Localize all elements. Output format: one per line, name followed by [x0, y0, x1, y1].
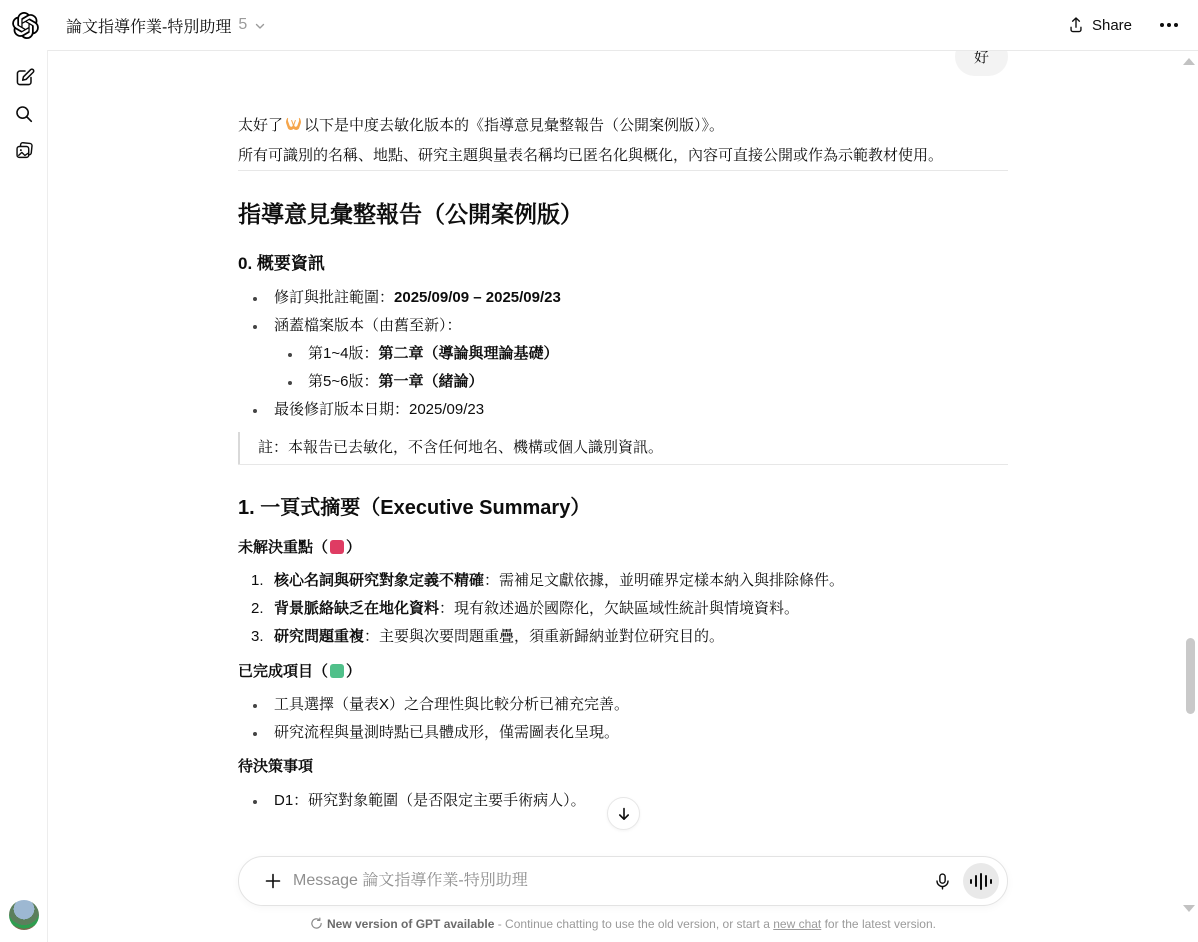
attach-button[interactable] — [257, 865, 289, 897]
search-chats-button[interactable] — [13, 103, 35, 125]
unresolved-list: 1.核心名詞與研究對象定義不精確：需補足文獻依據，並明確界定樣本納入與排除條件。… — [238, 567, 1008, 651]
conversation-version: 5 — [238, 16, 247, 34]
search-icon — [14, 104, 34, 124]
intro-line-2: 所有可識別的名稱、地點、研究主題與量表名稱均已匿名化與概化，內容可直接公開或作為… — [238, 142, 1008, 170]
list-item: 涵蓋檔案版本（由舊至新）： — [238, 312, 1008, 340]
scrollbar-thumb[interactable] — [1186, 638, 1195, 714]
library-images-icon — [14, 140, 35, 161]
list-item: 1.核心名詞與研究對象定義不精確：需補足文獻依據，並明確界定樣本納入與排除條件。 — [238, 567, 1008, 595]
openai-logo-glyph — [12, 12, 39, 39]
list-item: 2.背景脈絡缺乏在地化資料：現有敘述過於國際化，欠缺區域性統計與情境資料。 — [238, 595, 1008, 623]
voice-mode-button[interactable] — [963, 863, 999, 899]
chatgpt-app: 論文指導作業-特別助理 5 Share — [0, 0, 1198, 942]
completed-label: 已完成項目（） — [238, 660, 1008, 684]
section-divider — [238, 464, 1008, 465]
user-avatar[interactable] — [9, 900, 39, 930]
scroll-to-bottom-button[interactable] — [607, 797, 640, 830]
report-title: 指導意見彙整報告（公開案例版） — [238, 199, 1008, 229]
library-button[interactable] — [13, 139, 35, 161]
scroll-down-arrow-icon — [616, 806, 632, 822]
message-input[interactable] — [293, 872, 925, 890]
share-upload-icon — [1067, 16, 1085, 34]
scrollbar-down-arrow[interactable] — [1183, 905, 1195, 912]
completed-list: 工具選擇（量表X）之合理性與比較分析已補充完善。 研究流程與量測時點已具體成形，… — [238, 691, 1008, 747]
openai-logo-icon[interactable] — [10, 10, 40, 40]
new-chat-button[interactable] — [13, 66, 35, 88]
top-bar: 論文指導作業-特別助理 5 Share — [0, 0, 1198, 50]
sidebar-rail — [0, 50, 48, 942]
user-message-bubble: 好 — [955, 50, 1008, 76]
chat-scroll-area[interactable]: 好 太好了以下是中度去敏化版本的《指導意見彙整報告（公開案例版）》。 所有可識別… — [48, 50, 1198, 942]
summary-heading: 1. 一頁式摘要（Executive Summary） — [238, 494, 1008, 522]
topbar-divider — [48, 50, 1198, 51]
new-chat-icon — [14, 67, 35, 88]
message-composer[interactable] — [238, 856, 1008, 906]
list-item: 工具選擇（量表X）之合理性與比較分析已補充完善。 — [238, 691, 1008, 719]
new-chat-link[interactable]: new chat — [773, 917, 821, 931]
microphone-icon — [933, 872, 952, 891]
overview-heading: 0. 概要資訊 — [238, 251, 1008, 277]
topbar-actions: Share — [1067, 0, 1184, 50]
overview-list: 修訂與批註範圍：2025/09/09 – 2025/09/23 涵蓋檔案版本（由… — [238, 284, 1008, 424]
dictate-button[interactable] — [925, 864, 959, 898]
scrollbar-up-arrow[interactable] — [1183, 58, 1195, 65]
raising-hands-emoji — [285, 114, 302, 142]
green-square-emoji — [330, 664, 344, 678]
pending-label: 待決策事項 — [238, 755, 1008, 779]
share-label: Share — [1092, 17, 1132, 34]
list-item: 最後修訂版本日期：2025/09/23 — [238, 396, 1008, 424]
deidentification-note: 註：本報告已去敏化，不含任何地名、機構或個人識別資訊。 — [238, 432, 1008, 464]
voice-waveform-icon — [970, 879, 973, 884]
list-item: 第5~6版：第一章（緒論） — [238, 368, 1008, 396]
list-item: 3.研究問題重複：主要與次要問題重疊，須重新歸納並對位研究目的。 — [238, 623, 1008, 651]
red-square-emoji — [330, 540, 344, 554]
assistant-message: 太好了以下是中度去敏化版本的《指導意見彙整報告（公開案例版）》。 所有可識別的名… — [238, 50, 1008, 170]
list-item: 修訂與批註範圍：2025/09/09 – 2025/09/23 — [238, 284, 1008, 312]
composer-zone: New version of GPT available - Continue … — [48, 856, 1198, 942]
more-options-icon — [1160, 23, 1164, 27]
conversation-title: 論文指導作業-特別助理 — [66, 14, 231, 37]
conversation-title-menu[interactable]: 論文指導作業-特別助理 5 — [66, 0, 266, 50]
list-item: 第1~4版：第二章（導論與理論基礎） — [238, 340, 1008, 368]
message-thread: 好 太好了以下是中度去敏化版本的《指導意見彙整報告（公開案例版）》。 所有可識別… — [238, 50, 1008, 815]
section-divider — [238, 170, 1008, 171]
intro-line-1: 太好了以下是中度去敏化版本的《指導意見彙整報告（公開案例版）》。 — [238, 112, 1008, 142]
chevron-down-icon — [254, 20, 266, 32]
list-item: 研究流程與量測時點已具體成形，僅需圖表化呈現。 — [238, 719, 1008, 747]
new-version-refresh-icon — [310, 917, 323, 933]
new-version-notice: New version of GPT available - Continue … — [48, 917, 1198, 933]
share-button[interactable]: Share — [1067, 16, 1132, 34]
more-options-button[interactable] — [1154, 17, 1184, 33]
unresolved-label: 未解決重點（） — [238, 536, 1008, 560]
plus-icon — [263, 871, 283, 891]
